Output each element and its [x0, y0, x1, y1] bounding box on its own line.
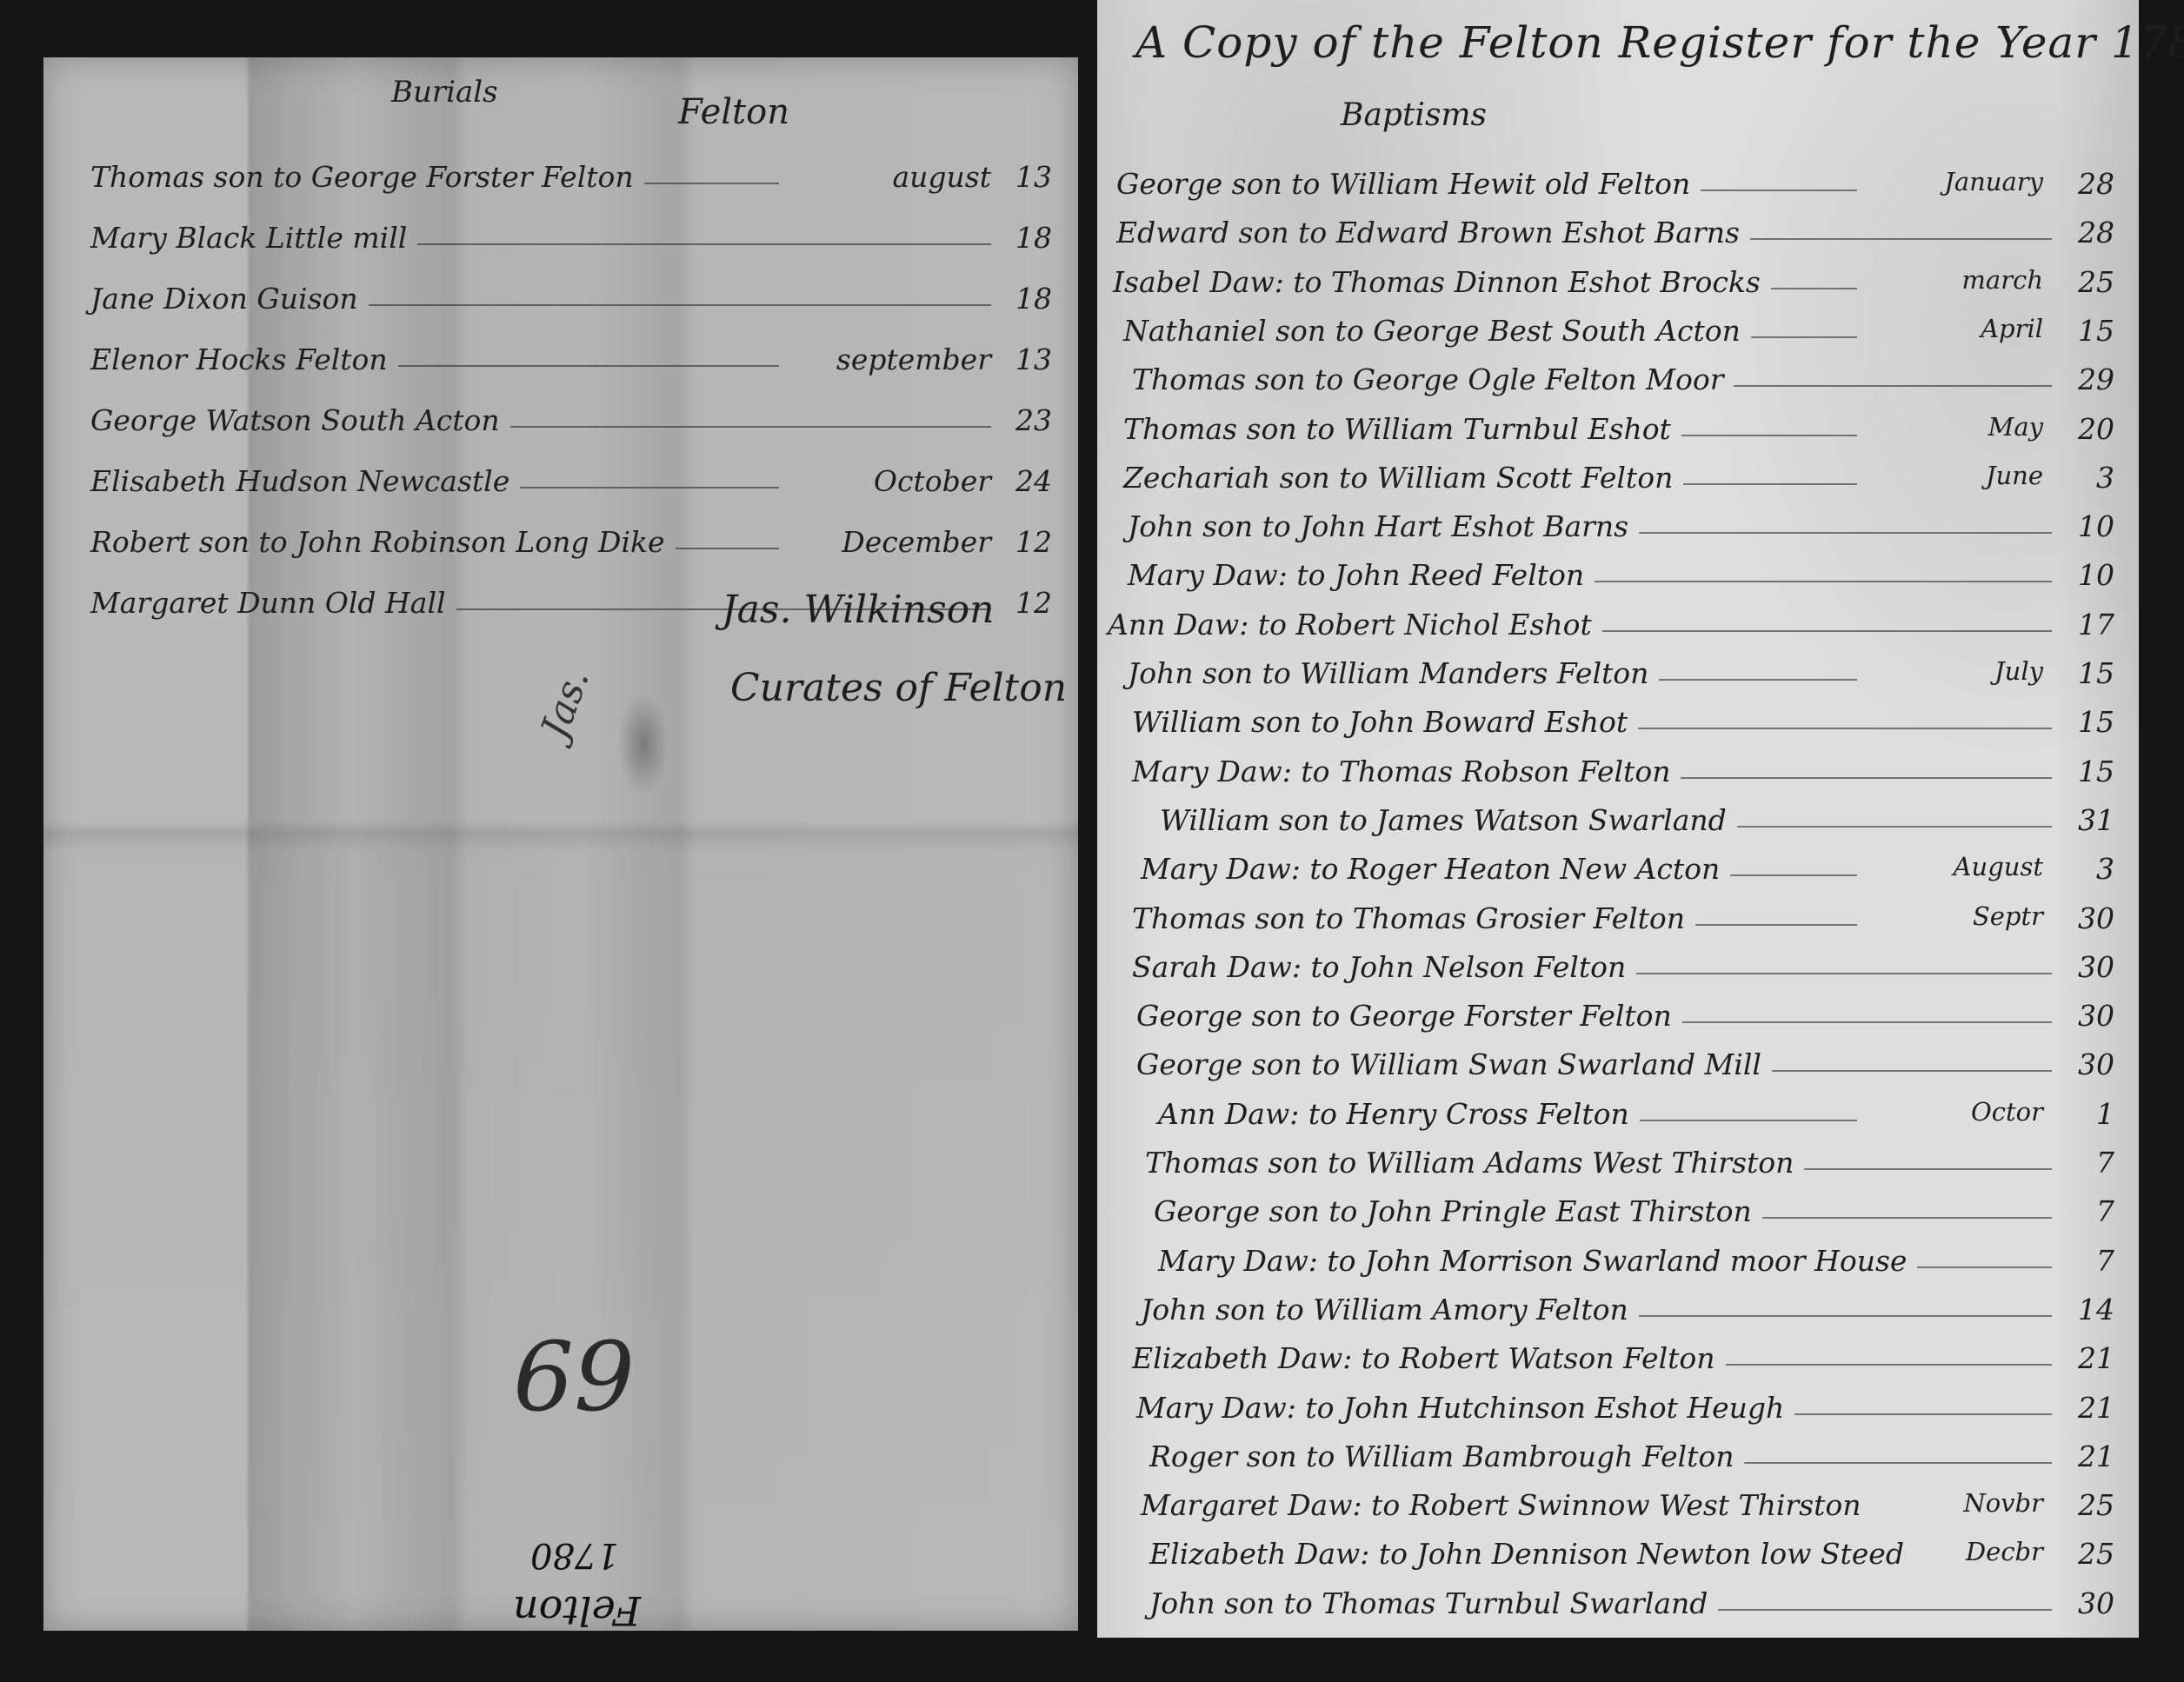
filler-line	[1734, 385, 2052, 387]
entry-name: Edward son to Edward Brown Eshot Barns	[1116, 216, 1740, 249]
entry-day: 23	[1000, 403, 1052, 437]
filler-line	[1744, 1462, 2052, 1464]
entry-name: Mary Daw: to John Morrison Swarland moor…	[1158, 1244, 1907, 1278]
entry-month: April	[1869, 314, 2043, 343]
entry-day: 28	[2054, 216, 2114, 249]
filler-line	[1701, 189, 1857, 191]
entry-month: May	[1869, 412, 2043, 442]
entry-month: January	[1869, 167, 2043, 196]
entry-name: Zechariah son to William Scott Felton	[1123, 461, 1673, 495]
filler-line	[417, 243, 991, 245]
entry-name: George Watson South Acton	[90, 403, 500, 437]
record-entry: Ann Daw: to Henry Cross FeltonOctor1	[1097, 1097, 2139, 1146]
entry-name: John son to Thomas Turnbul Swarland	[1149, 1586, 1708, 1620]
record-entry: Edward son to Edward Brown Eshot Barns28	[1097, 216, 2139, 264]
entry-name: Ann Daw: to Henry Cross Felton	[1158, 1097, 1629, 1131]
entry-day: 21	[2054, 1439, 2114, 1473]
filler-line	[1730, 874, 1857, 876]
filler-line	[676, 548, 779, 549]
endorsement-place: Felton	[513, 1587, 641, 1634]
entry-day: 3	[2054, 852, 2114, 886]
filler-line	[1681, 435, 1857, 436]
entry-name: Elizabeth Daw: to John Dennison Newton l…	[1149, 1537, 1904, 1571]
record-entry: George son to John Pringle East Thirston…	[1097, 1194, 2139, 1243]
record-entry: Mary Daw: to John Reed Felton10	[1097, 558, 2139, 607]
entry-day: 30	[2054, 1047, 2114, 1081]
entry-day: 14	[2054, 1293, 2114, 1326]
entry-month: June	[1869, 461, 2043, 490]
record-entry: Thomas son to Thomas Grosier FeltonSeptr…	[1097, 901, 2139, 950]
record-entry: Thomas son to George Forster Feltonaugus…	[43, 160, 1078, 209]
entry-day: 7	[2054, 1146, 2114, 1180]
entry-day: 30	[2054, 901, 2114, 935]
filler-line	[510, 426, 991, 428]
filler-line	[1737, 826, 2052, 828]
signature-name: Jas. Wilkinson	[722, 588, 995, 632]
record-entry: Ann Daw: to Robert Nichol Eshot17	[1097, 608, 2139, 656]
filler-line	[398, 365, 779, 367]
entry-name: John son to William Amory Felton	[1141, 1293, 1628, 1326]
record-entry: George Watson South Acton23	[43, 403, 1078, 452]
entry-day: 21	[2054, 1341, 2114, 1375]
entry-day: 18	[1000, 221, 1052, 255]
ink-stain	[617, 692, 669, 796]
record-entry: Roger son to William Bambrough Felton21	[1097, 1439, 2139, 1488]
filler-line	[1794, 1413, 2052, 1415]
filler-line	[1772, 1070, 2052, 1072]
entry-day: 30	[2054, 999, 2114, 1033]
record-entry: Zechariah son to William Scott FeltonJun…	[1097, 461, 2139, 509]
entry-day: 30	[2054, 1586, 2114, 1620]
entry-day: 29	[2054, 362, 2114, 396]
entry-day: 31	[2054, 803, 2114, 837]
filler-line	[1750, 238, 2052, 240]
entry-name: Mary Daw: to Thomas Robson Felton	[1132, 755, 1670, 788]
entry-name: Jane Dixon Guison	[90, 282, 358, 316]
record-entry: Mary Daw: to Thomas Robson Felton15	[1097, 755, 2139, 803]
parish-heading: Felton	[678, 92, 789, 132]
entry-name: William son to John Boward Eshot	[1132, 705, 1628, 739]
record-entry: Mary Daw: to John Morrison Swarland moor…	[1097, 1244, 2139, 1293]
entry-day: 10	[2054, 558, 2114, 592]
entry-name: Ann Daw: to Robert Nichol Eshot	[1108, 608, 1592, 642]
record-entry: Elenor Hocks Feltonseptember13	[43, 342, 1078, 391]
record-entry: Jane Dixon Guison18	[43, 282, 1078, 330]
entry-day: 15	[2054, 705, 2114, 739]
entry-name: Thomas son to William Adams West Thirsto…	[1145, 1146, 1794, 1180]
entry-day: 12	[1000, 586, 1052, 620]
entry-day: 3	[2054, 461, 2114, 495]
record-entry: Isabel Daw: to Thomas Dinnon Eshot Brock…	[1097, 265, 2139, 314]
entry-name: Margaret Daw: to Robert Swinnow West Thi…	[1141, 1488, 1861, 1522]
endorsement-year: 1780	[530, 1535, 619, 1575]
filler-line	[1718, 1609, 2052, 1611]
faint-mark: Jas.	[533, 663, 598, 744]
entry-name: Elenor Hocks Felton	[90, 342, 388, 376]
filler-line	[1682, 1021, 2052, 1023]
entry-day: 30	[2054, 950, 2114, 984]
burials-page: Burials Felton Thomas son to George Fors…	[43, 57, 1078, 1631]
entry-day: 25	[2054, 265, 2114, 299]
filler-line	[1917, 1266, 2052, 1268]
entry-day: 13	[1000, 342, 1052, 376]
entry-day: 20	[2054, 412, 2114, 446]
record-entry: William son to James Watson Swarland31	[1097, 803, 2139, 852]
entry-name: George son to William Swan Swarland Mill	[1136, 1047, 1761, 1081]
record-entry: George son to George Forster Felton30	[1097, 999, 2139, 1047]
filler-line	[1638, 728, 2052, 729]
record-entry: George son to William Hewit old FeltonJa…	[1097, 167, 2139, 216]
signature-title: Curates of Felton	[730, 666, 1067, 710]
entry-day: 18	[1000, 282, 1052, 316]
filler-line	[1804, 1168, 2052, 1170]
record-entry: George son to William Swan Swarland Mill…	[1097, 1047, 2139, 1096]
entry-name: Sarah Daw: to John Nelson Felton	[1132, 950, 1626, 984]
record-entry: John son to William Amory Felton14	[1097, 1293, 2139, 1341]
record-entry: John son to John Hart Eshot Barns10	[1097, 509, 2139, 558]
entry-month: Octor	[1869, 1097, 2043, 1127]
entry-month: march	[1869, 265, 2043, 295]
filler-line	[1659, 679, 1857, 681]
entry-day: 28	[2054, 167, 2114, 201]
record-entry: Mary Daw: to Roger Heaton New ActonAugus…	[1097, 852, 2139, 901]
entry-day: 1	[2054, 1097, 2114, 1131]
entry-month: Novbr	[1869, 1488, 2043, 1518]
entry-name: Thomas son to William Turnbul Eshot	[1123, 412, 1671, 446]
filler-line	[1639, 1315, 2052, 1317]
entry-name: Mary Daw: to John Reed Felton	[1128, 558, 1584, 592]
entry-month: september	[800, 342, 991, 376]
entry-day: 15	[2054, 656, 2114, 690]
filler-line	[1726, 1364, 2052, 1366]
entry-day: 25	[2054, 1537, 2114, 1571]
record-entry: Margaret Daw: to Robert Swinnow West Thi…	[1097, 1488, 2139, 1537]
entry-day: 13	[1000, 160, 1052, 194]
filler-line	[1762, 1217, 2052, 1219]
entry-name: Mary Black Little mill	[90, 221, 407, 255]
entry-day: 17	[2054, 608, 2114, 642]
entry-name: Margaret Dunn Old Hall	[90, 586, 446, 620]
filler-line	[1771, 288, 1857, 289]
entry-day: 15	[2054, 314, 2114, 348]
entry-name: Nathaniel son to George Best South Acton	[1123, 314, 1741, 348]
entry-name: Thomas son to George Ogle Felton Moor	[1132, 362, 1723, 396]
burials-heading: Burials	[391, 75, 498, 110]
entry-day: 25	[2054, 1488, 2114, 1522]
entry-name: John son to John Hart Eshot Barns	[1128, 509, 1628, 543]
entry-month: august	[800, 160, 991, 194]
entry-name: Roger son to William Bambrough Felton	[1149, 1439, 1734, 1473]
record-entry: Nathaniel son to George Best South Acton…	[1097, 314, 2139, 362]
entry-name: Thomas son to George Forster Felton	[90, 160, 634, 194]
entry-name: John son to William Manders Felton	[1128, 656, 1648, 690]
filler-line	[1695, 924, 1857, 926]
entry-day: 7	[2054, 1194, 2114, 1228]
record-entry: Sarah Daw: to John Nelson Felton30	[1097, 950, 2139, 999]
entry-name: Mary Daw: to Roger Heaton New Acton	[1141, 852, 1720, 886]
entry-month: Septr	[1869, 901, 2043, 931]
record-entry: William son to John Boward Eshot15	[1097, 705, 2139, 754]
entry-name: Isabel Daw: to Thomas Dinnon Eshot Brock…	[1113, 265, 1761, 299]
entry-month: August	[1869, 852, 2043, 881]
filler-line	[644, 183, 779, 184]
entry-month: December	[800, 525, 991, 559]
record-entry: Thomas son to William Adams West Thirsto…	[1097, 1146, 2139, 1194]
entry-name: George son to William Hewit old Felton	[1116, 167, 1690, 201]
entry-name: Elizabeth Daw: to Robert Watson Felton	[1132, 1341, 1715, 1375]
record-entry: Robert son to John Robinson Long DikeDec…	[43, 525, 1078, 574]
entry-name: Elisabeth Hudson Newcastle	[90, 464, 509, 498]
filler-line	[1636, 973, 2052, 974]
entry-name: Mary Daw: to John Hutchinson Eshot Heugh	[1136, 1391, 1784, 1425]
entry-day: 7	[2054, 1244, 2114, 1278]
entry-day: 15	[2054, 755, 2114, 788]
filler-line	[369, 304, 991, 306]
entry-name: George son to George Forster Felton	[1136, 999, 1672, 1033]
record-entry: Mary Black Little mill18	[43, 221, 1078, 269]
entry-month: Decbr	[1869, 1537, 2043, 1566]
filler-line	[1602, 630, 2052, 632]
entry-day: 24	[1000, 464, 1052, 498]
record-entry: John son to William Manders FeltonJuly15	[1097, 656, 2139, 705]
filler-line	[520, 487, 779, 489]
filler-line	[1751, 336, 1857, 338]
entry-day: 10	[2054, 509, 2114, 543]
record-entry: Mary Daw: to John Hutchinson Eshot Heugh…	[1097, 1391, 2139, 1439]
entry-name: George son to John Pringle East Thirston	[1154, 1194, 1752, 1228]
entry-name: Robert son to John Robinson Long Dike	[90, 525, 665, 559]
filler-line	[1595, 581, 2052, 582]
entry-month: July	[1869, 656, 2043, 686]
register-title: A Copy of the Felton Register for the Ye…	[1135, 17, 2184, 68]
folio-number: 69	[513, 1318, 635, 1429]
baptisms-heading: Baptisms	[1341, 97, 1487, 133]
record-entry: Thomas son to George Ogle Felton Moor29	[1097, 362, 2139, 411]
filler-line	[1683, 483, 1857, 485]
record-entry: Thomas son to William Turnbul EshotMay20	[1097, 412, 2139, 461]
record-entry: Elisabeth Hudson NewcastleOctober24	[43, 464, 1078, 513]
record-entry: John son to Thomas Turnbul Swarland30	[1097, 1586, 2139, 1635]
baptisms-page: A Copy of the Felton Register for the Ye…	[1097, 0, 2139, 1638]
filler-line	[1681, 777, 2052, 779]
entry-day: 12	[1000, 525, 1052, 559]
filler-line	[1640, 1120, 1857, 1121]
entry-name: Thomas son to Thomas Grosier Felton	[1132, 901, 1685, 935]
filler-line	[1639, 532, 2052, 534]
entry-month: October	[800, 464, 991, 498]
record-entry: Elizabeth Daw: to John Dennison Newton l…	[1097, 1537, 2139, 1586]
entry-name: William son to James Watson Swarland	[1160, 803, 1727, 837]
entry-day: 21	[2054, 1391, 2114, 1425]
record-entry: Elizabeth Daw: to Robert Watson Felton21	[1097, 1341, 2139, 1390]
